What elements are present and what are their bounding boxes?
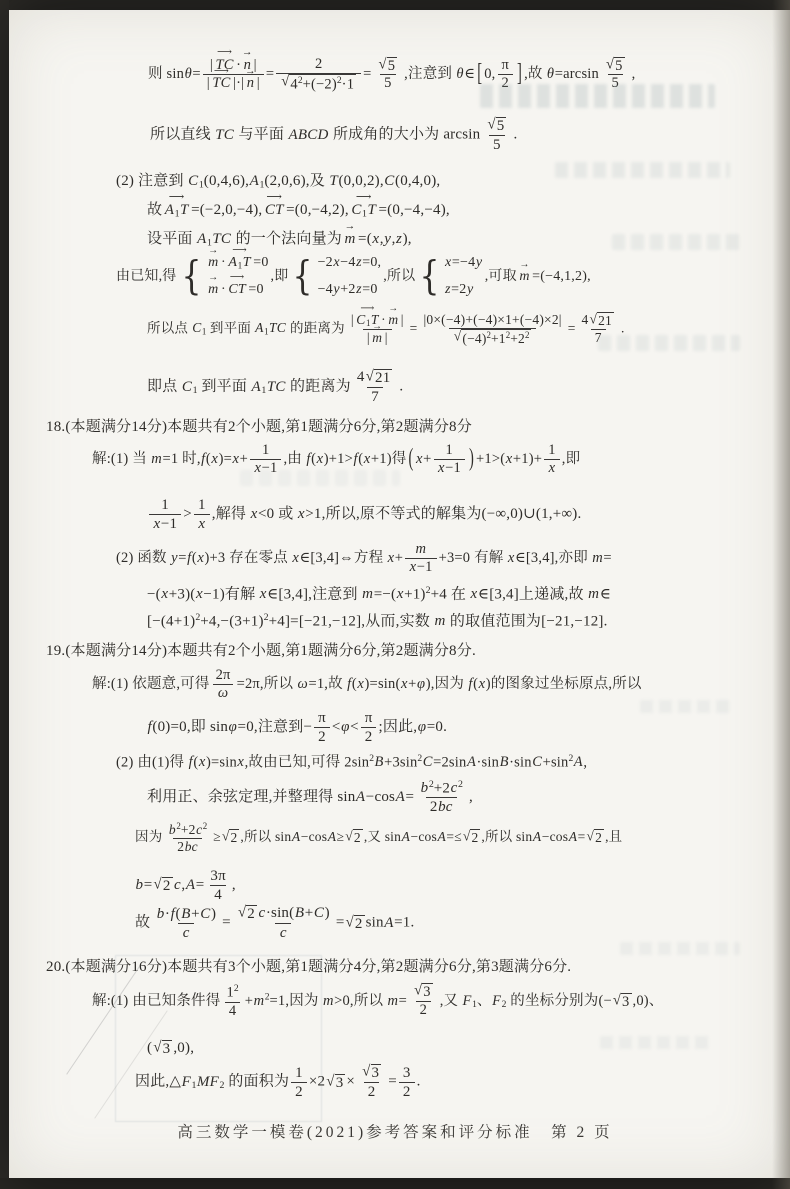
scanned-page: 则 sinθ=|⟶TC·→n||⟶TC|·|→n|=2√42+(−2)2·1=√… bbox=[0, 0, 790, 1189]
math-line-20: 因为b2+2c22bc≥√2,所以 sinA−cosA≥√2,又 sinA−co… bbox=[135, 821, 622, 855]
scan-edge-top bbox=[0, 0, 790, 10]
math-line-11: 1x−1>1x,解得 x<0 或 x>1,所以,原不等式的解集为(−∞,0)∪(… bbox=[147, 496, 581, 533]
math-line-3: (2) 注意到 C1(0,4,6),A1(2,0,6),及 T(0,0,2),C… bbox=[116, 172, 440, 192]
math-line-17: f(0)=0,即 sinφ=0,注意到−π2<φ<π2;因此,φ=0. bbox=[147, 709, 447, 746]
math-line-21: b=√2c,A=3π4, bbox=[135, 867, 236, 904]
page-footer: 高三数学一模卷(2021)参考答案和评分标准 第 2 页 bbox=[0, 1120, 790, 1142]
bleedthrough-artifact bbox=[620, 942, 740, 955]
math-line-15: 19.(本题满分14分)本题共有2个小题,第1题满分6分,第2题满分8分. bbox=[46, 642, 476, 662]
bleedthrough-artifact bbox=[598, 335, 740, 351]
bleedthrough-artifact bbox=[600, 1036, 712, 1049]
math-line-22: 故b·f(B+C)c=√2c·sin(B+C)c=√2sinA=1. bbox=[135, 904, 414, 942]
scan-edge-left bbox=[0, 0, 9, 1189]
math-line-4: 故⟶A1T=(−2,0,−4),⟶CT=(0,−4,2),⟶C1T=(0,−4,… bbox=[147, 201, 450, 221]
math-line-7: 所以点 C1 到平面 A1TC 的距离为|⟶C1T·→m||→m|=|0×(−4… bbox=[147, 312, 625, 347]
bleedthrough-artifact bbox=[612, 234, 742, 250]
math-line-12: (2) 函数 y=f(x)+3 存在零点 x∈[3,4]⇔方程 x+mx−1+3… bbox=[116, 541, 612, 577]
bleedthrough-artifact bbox=[115, 955, 322, 1122]
math-line-13: −(x+3)(x−1)有解 x∈[3,4],注意到 m=−(x+1)2+4 在 … bbox=[147, 585, 611, 605]
math-line-18: (2) 由(1)得 f(x)=sinx,故由已知,可得 2sin2B+3sin2… bbox=[116, 753, 587, 772]
math-line-19: 利用正、余弦定理,并整理得 sinA−cosA=b2+2c22bc, bbox=[147, 779, 473, 816]
bleedthrough-artifact bbox=[555, 162, 730, 178]
scan-edge-bottom bbox=[0, 1178, 790, 1189]
math-line-8: 即点 C1 到平面 A1TC 的距离为4√217. bbox=[147, 368, 403, 406]
math-line-6: 由已知,得{→m·⟶A1T=0→m·⟶CT=0,即{−2x−4z=0,−4y+2… bbox=[116, 254, 591, 299]
bleedthrough-artifact bbox=[640, 700, 735, 713]
math-line-14: [−(4+1)2+4,−(3+1)2+4]=[−21,−12],从而,实数 m … bbox=[147, 612, 608, 632]
bleedthrough-artifact bbox=[480, 84, 715, 108]
math-line-9: 18.(本题满分14分)本题共有2个小题,第1题满分6分,第2题满分8分 bbox=[46, 418, 472, 438]
bleedthrough-artifact bbox=[240, 470, 400, 486]
math-line-2: 所以直线 TC 与平面 ABCD 所成角的大小为 arcsin√55. bbox=[150, 116, 517, 154]
math-line-16: 解:(1) 依题意,可得2πω=2π,所以 ω=1,故 f(x)=sin(x+φ… bbox=[92, 667, 642, 703]
math-line-5: 设平面 A1TC 的一个法向量为→m=(x,y,z), bbox=[147, 230, 412, 250]
scan-edge-right-shadow bbox=[772, 0, 790, 1189]
